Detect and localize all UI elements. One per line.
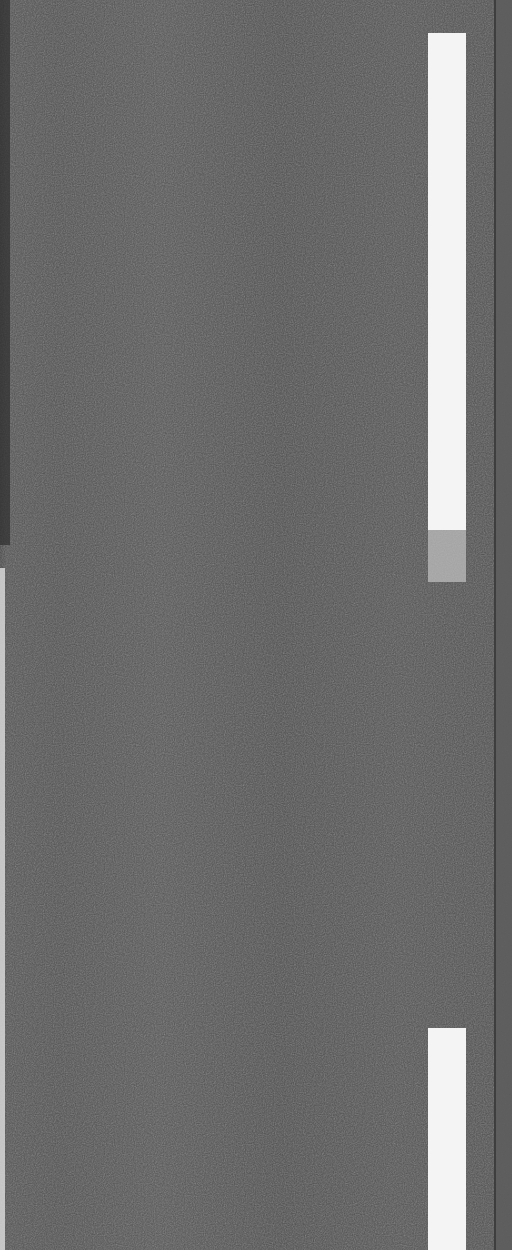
left-shoulder-shadow — [0, 0, 10, 545]
road-scene: Top-down view of asphalt road surface wi… — [0, 0, 512, 1250]
curb — [494, 0, 512, 1250]
lane-marking-top — [428, 33, 466, 530]
lane-marking-bottom — [428, 1028, 466, 1250]
left-edge-line — [0, 568, 5, 1250]
worn-lane-marking — [428, 530, 466, 582]
